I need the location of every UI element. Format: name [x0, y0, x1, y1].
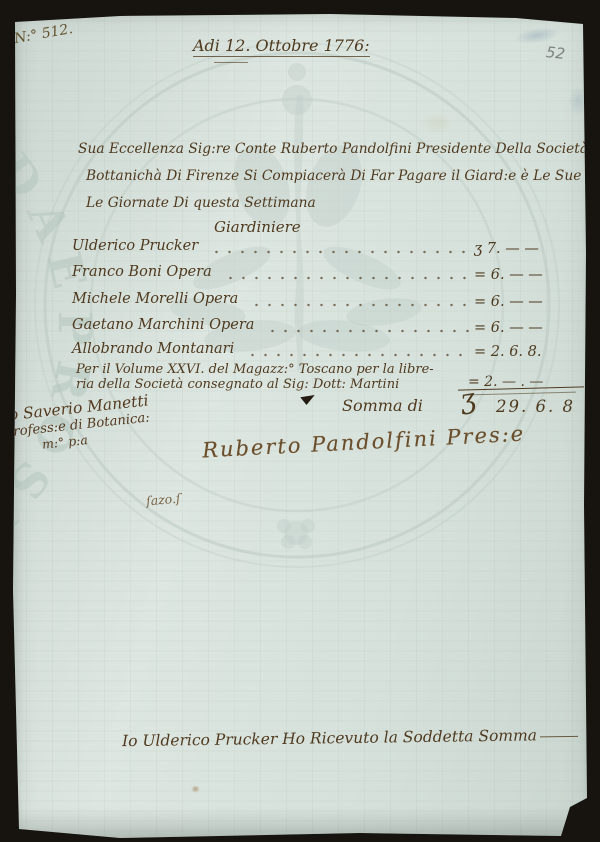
ledger-row-amount: = 6. — —	[474, 294, 586, 310]
body-line: Le Giornate Di questa Settimana	[86, 195, 316, 211]
stain-spot	[191, 785, 200, 793]
total-amount: 29. 6. 8	[496, 397, 575, 416]
stain-spot	[420, 112, 454, 134]
ledger-row-name: Michele Morelli Opera	[72, 291, 238, 307]
seal-arc-text: PROSPERITATI · PVBLICAE · AVGENDAE	[0, 50, 102, 617]
receipt-flourish	[540, 736, 578, 738]
dotted-leader	[224, 274, 470, 282]
ledger-row-amount: = 2. 6. 8.	[474, 344, 586, 360]
ledger-row-name: Allobrando Montanari	[72, 341, 234, 357]
margin-note-line: m:° p:a	[41, 425, 152, 451]
watermark-seal: PROSPERITATI · PVBLICAE · AVGENDAE	[0, 0, 600, 842]
ledger-row-name: Gaetano Marchini Opera	[72, 317, 254, 333]
seal-arc-text-container: PROSPERITATI · PVBLICAE · AVGENDAE	[0, 50, 102, 617]
ledger-row-name: Franco Boni Opera	[72, 264, 212, 280]
ledger-row-amount: ʒ 7. — —	[474, 241, 586, 257]
scan-backdrop: PROSPERITATI · PVBLICAE · AVGENDAE	[0, 0, 600, 842]
ledger-row: Gaetano Marchini Opera = 6. — —	[72, 317, 586, 336]
small-annotation: ſazo.ſ	[145, 491, 181, 509]
dotted-leader	[210, 248, 470, 256]
seal-outer-ring	[45, 53, 549, 557]
ledger-row: Franco Boni Opera = 6. — —	[72, 264, 586, 283]
body-line: Sua Eccellenza Sig:re Conte Ruberto Pand…	[78, 141, 588, 157]
seal-inner-ring	[91, 99, 503, 511]
archival-number: N:° 512.	[13, 21, 74, 47]
margin-note-line: Io Saverio Manetti	[2, 391, 150, 424]
total-label: Somma di	[342, 396, 423, 415]
ledger-row-amount: = 6. — —	[474, 320, 586, 336]
ledger-row: Allobrando Montanari = 2. 6. 8.	[72, 341, 586, 360]
ledger-row-name: Per il Volume XXVI. del Magazz:° Toscano…	[76, 362, 468, 392]
ink-blot	[299, 393, 314, 406]
receipt-line: Io Ulderico Prucker Ho Ricevuto la Sodde…	[122, 726, 578, 750]
ledger-row-name: Ulderico Prucker	[72, 238, 198, 254]
dotted-leader	[246, 351, 470, 359]
volume-line-2: ria della Società consegnato al Sig: Dot…	[76, 377, 399, 392]
seal-rosette	[277, 519, 315, 549]
margin-note: Io Saverio Manetti Profess:e di Botanica…	[2, 391, 153, 455]
volume-line-1: Per il Volume XXVI. del Magazz:° Toscano…	[76, 362, 434, 377]
seal-outermost-ring	[35, 43, 559, 567]
section-heading: Giardiniere	[214, 218, 301, 236]
president-signature: Ruberto Pandolfini Pres:e	[202, 422, 526, 463]
total-currency-symbol: ʒ	[457, 383, 477, 416]
dotted-leader	[250, 301, 470, 309]
stain-spot	[513, 25, 561, 46]
ledger-row: Ulderico Prucker ʒ 7. — —	[72, 238, 586, 257]
dotted-leader	[266, 327, 470, 335]
total-separator-rule	[458, 386, 584, 390]
stain-spot	[568, 86, 588, 116]
receipt-text: Io Ulderico Prucker Ho Ricevuto la Sodde…	[122, 726, 537, 750]
ledger-row-volume: Per il Volume XXVI. del Magazz:° Toscano…	[76, 362, 586, 392]
seal-ornament	[169, 63, 424, 370]
total-separator-rule	[468, 392, 576, 396]
date-underline	[214, 62, 248, 63]
date-line: Adi 12. Ottobre 1776:	[193, 36, 370, 57]
page-number: 52	[545, 43, 566, 63]
document-paper: PROSPERITATI · PVBLICAE · AVGENDAE	[0, 0, 600, 842]
ledger-row: Michele Morelli Opera = 6. — —	[72, 291, 586, 310]
body-line: Bottanichà Di Firenze Si Compiacerà Di F…	[86, 168, 600, 184]
ledger-row-amount: = 2. — . —	[468, 374, 543, 392]
margin-note-line: Profess:e di Botanica:	[4, 410, 151, 440]
ledger-row-amount: = 6. — —	[474, 267, 586, 283]
